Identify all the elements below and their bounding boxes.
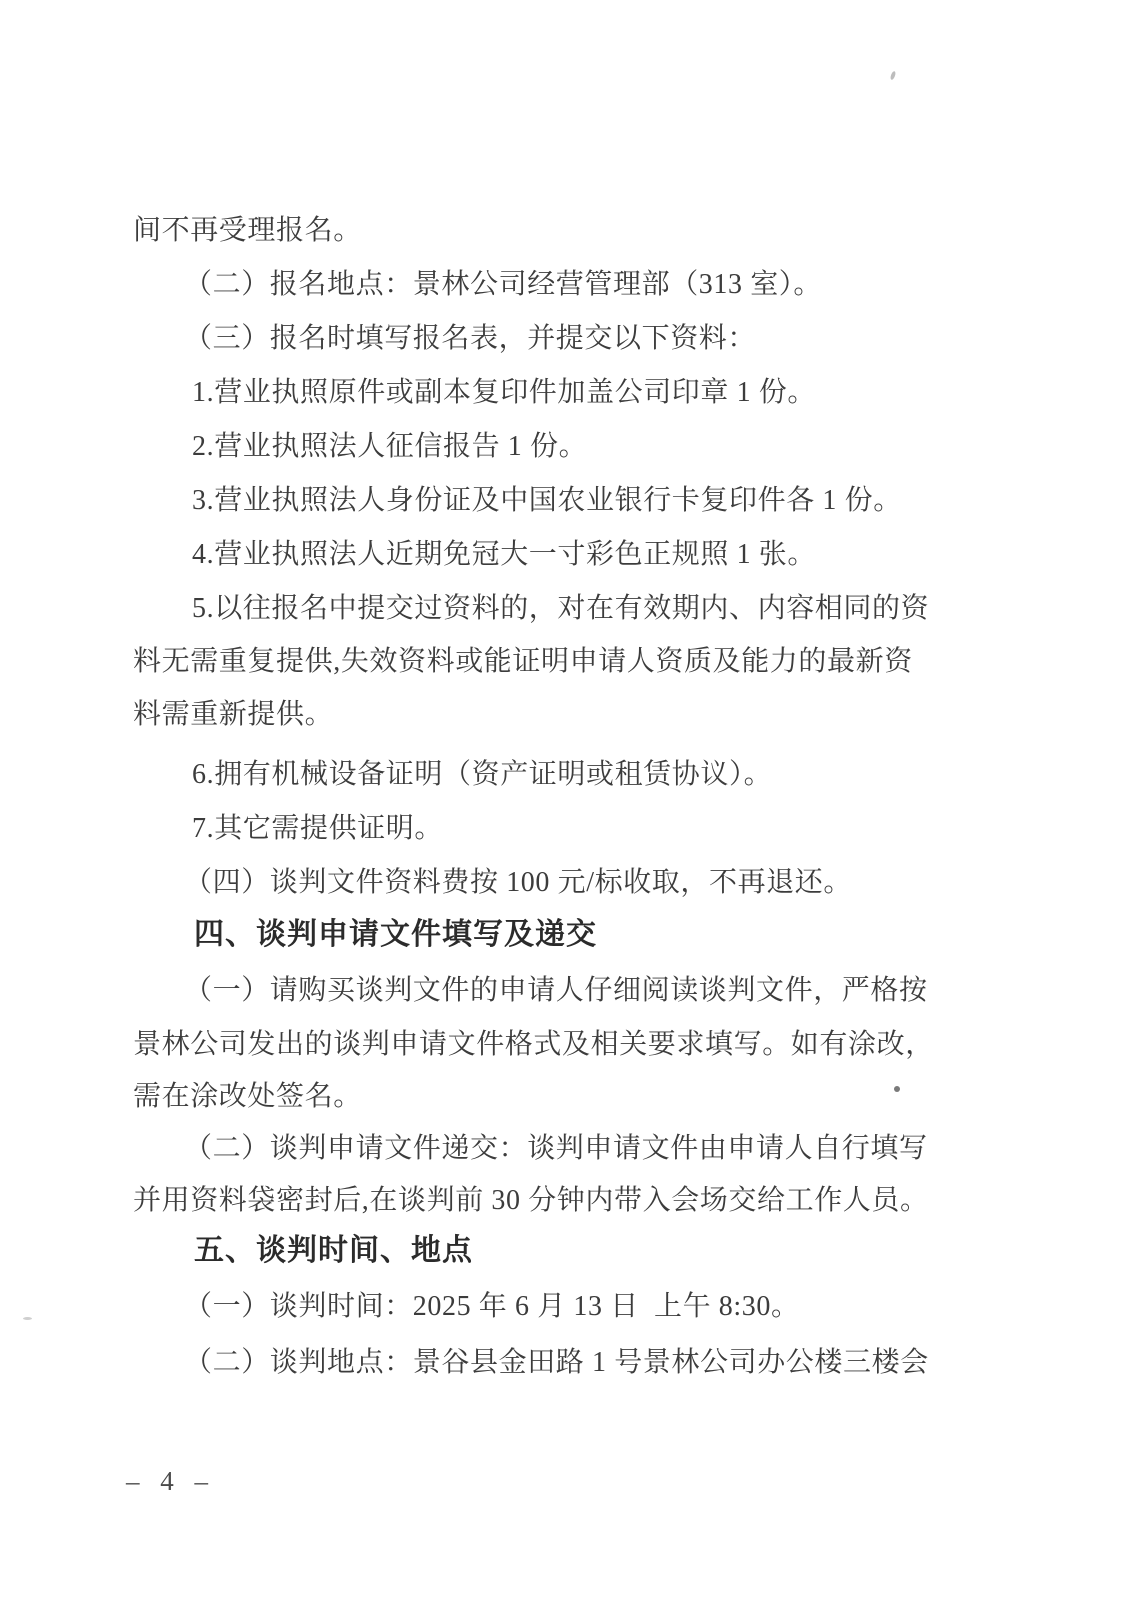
doc-line: 需在涂改处签名。 (133, 1080, 362, 1114)
doc-line: 6.拥有机械设备证明（资产证明或租赁协议）。 (192, 758, 772, 792)
scan-speck (890, 71, 897, 81)
doc-section-heading: 四、谈判申请文件填写及递交 (194, 918, 597, 952)
doc-line: （二）报名地点：景林公司经营管理部（313 室）。 (184, 268, 822, 302)
doc-line: （一）谈判时间：2025 年 6 月 13 日 上午 8:30。 (184, 1290, 800, 1324)
doc-line: 并用资料袋密封后,在谈判前 30 分钟内带入会场交给工作人员。 (133, 1184, 929, 1218)
scan-speck (23, 1317, 32, 1320)
scan-speck (894, 1086, 900, 1092)
doc-line: 7.其它需提供证明。 (192, 812, 443, 846)
doc-line: （一）请购买谈判文件的申请人仔细阅读谈判文件，严格按 (184, 974, 928, 1008)
page-number: – 4 – (126, 1466, 215, 1497)
doc-line: 3.营业执照法人身份证及中国农业银行卡复印件各 1 份。 (192, 484, 902, 518)
doc-line: （三）报名时填写报名表，并提交以下资料： (184, 322, 756, 356)
doc-line: 景林公司发出的谈判申请文件格式及相关要求填写。如有涂改， (133, 1028, 934, 1062)
doc-line: 2.营业执照法人征信报告 1 份。 (192, 430, 587, 464)
doc-line: （二）谈判申请文件递交：谈判申请文件由申请人自行填写 (184, 1132, 928, 1166)
doc-line: （四）谈判文件资料费按 100 元/标收取，不再退还。 (184, 866, 852, 900)
doc-line: 间不再受理报名。 (133, 214, 362, 248)
doc-line: （二）谈判地点：景谷县金田路 1 号景林公司办公楼三楼会 (184, 1346, 929, 1380)
doc-line: 5.以往报名中提交过资料的，对在有效期内、内容相同的资 (192, 592, 929, 626)
doc-line: 4.营业执照法人近期免冠大一寸彩色正规照 1 张。 (192, 538, 816, 572)
scanned-document-page: 间不再受理报名。 （二）报名地点：景林公司经营管理部（313 室）。 （三）报名… (0, 0, 1131, 1600)
doc-section-heading: 五、谈判时间、地点 (194, 1234, 473, 1268)
doc-line: 1.营业执照原件或副本复印件加盖公司印章 1 份。 (192, 376, 816, 410)
doc-line: 料无需重复提供,失效资料或能证明申请人资质及能力的最新资 (133, 645, 913, 679)
doc-line: 料需重新提供。 (133, 698, 333, 732)
